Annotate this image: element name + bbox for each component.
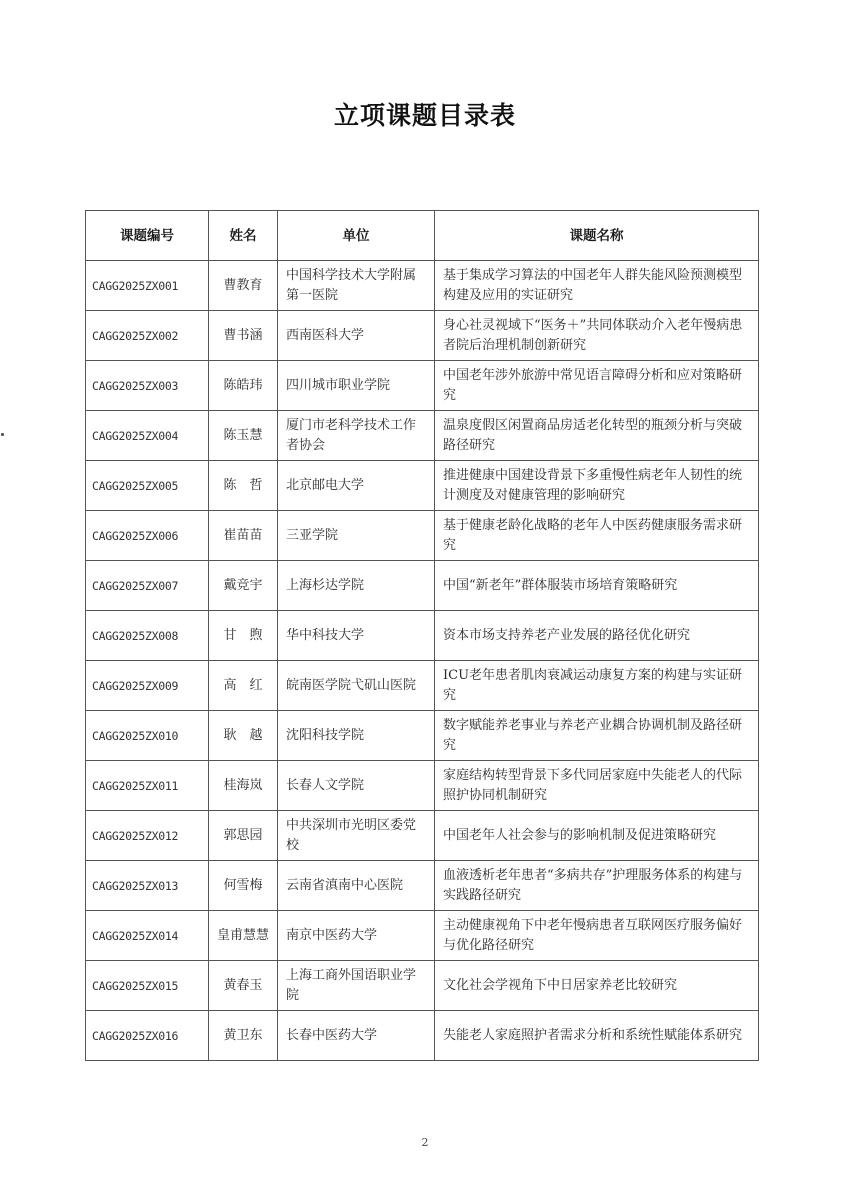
page-title: 立项课题目录表: [0, 96, 850, 132]
cell-unit: 云南省滇南中心医院: [278, 861, 435, 911]
cell-project-id: CAGG2025ZX006: [86, 511, 209, 561]
cell-topic: 中国老年人社会参与的影响机制及促进策略研究: [435, 811, 759, 861]
table-row: CAGG2025ZX007 戴竞宇 上海杉达学院 中国“新老年”群体服装市场培育…: [86, 561, 759, 611]
cell-unit: 南京中医药大学: [278, 911, 435, 961]
cell-topic: 基于健康老龄化战略的老年人中医药健康服务需求研究: [435, 511, 759, 561]
table-row: CAGG2025ZX009 高 红 皖南医学院弋矶山医院 ICU老年患者肌肉衰减…: [86, 661, 759, 711]
header-name: 姓名: [209, 211, 278, 261]
cell-topic: 失能老人家庭照护者需求分析和系统性赋能体系研究: [435, 1011, 759, 1061]
cell-name: 桂海岚: [209, 761, 278, 811]
table-row: CAGG2025ZX008 甘 煦 华中科技大学 资本市场支持养老产业发展的路径…: [86, 611, 759, 661]
cell-unit: 中共深圳市光明区委党校: [278, 811, 435, 861]
cell-project-id: CAGG2025ZX001: [86, 261, 209, 311]
cell-unit: 四川城市职业学院: [278, 361, 435, 411]
cell-project-id: CAGG2025ZX008: [86, 611, 209, 661]
cell-unit: 西南医科大学: [278, 311, 435, 361]
cell-project-id: CAGG2025ZX011: [86, 761, 209, 811]
cell-topic: 主动健康视角下中老年慢病患者互联网医疗服务偏好与优化路径研究: [435, 911, 759, 961]
table-row: CAGG2025ZX015 黄春玉 上海工商外国语职业学院 文化社会学视角下中日…: [86, 961, 759, 1011]
cell-name: 甘 煦: [209, 611, 278, 661]
table-row: CAGG2025ZX005 陈 哲 北京邮电大学 推进健康中国建设背景下多重慢性…: [86, 461, 759, 511]
cell-unit: 华中科技大学: [278, 611, 435, 661]
project-catalog-table-container: 课题编号 姓名 单位 课题名称 CAGG2025ZX001 曹教育 中国科学技术…: [85, 210, 758, 1061]
header-project-id: 课题编号: [86, 211, 209, 261]
table-row: CAGG2025ZX011 桂海岚 长春人文学院 家庭结构转型背景下多代同居家庭…: [86, 761, 759, 811]
cell-topic: 身心社灵视域下“医务＋”共同体联动介入老年慢病患者院后治理机制创新研究: [435, 311, 759, 361]
table-row: CAGG2025ZX003 陈皓玮 四川城市职业学院 中国老年涉外旅游中常见语言…: [86, 361, 759, 411]
cell-project-id: CAGG2025ZX014: [86, 911, 209, 961]
cell-unit: 长春人文学院: [278, 761, 435, 811]
cell-unit: 长春中医药大学: [278, 1011, 435, 1061]
cell-topic: 家庭结构转型背景下多代同居家庭中失能老人的代际照护协同机制研究: [435, 761, 759, 811]
cell-unit: 上海工商外国语职业学院: [278, 961, 435, 1011]
cell-unit: 北京邮电大学: [278, 461, 435, 511]
cell-project-id: CAGG2025ZX015: [86, 961, 209, 1011]
cell-project-id: CAGG2025ZX012: [86, 811, 209, 861]
table-row: CAGG2025ZX001 曹教育 中国科学技术大学附属第一医院 基于集成学习算…: [86, 261, 759, 311]
cell-topic: 基于集成学习算法的中国老年人群失能风险预测模型构建及应用的实证研究: [435, 261, 759, 311]
cell-name: 陈玉慧: [209, 411, 278, 461]
table-header-row: 课题编号 姓名 单位 课题名称: [86, 211, 759, 261]
table-row: CAGG2025ZX010 耿 越 沈阳科技学院 数字赋能养老事业与养老产业耦合…: [86, 711, 759, 761]
cell-project-id: CAGG2025ZX005: [86, 461, 209, 511]
table-body: CAGG2025ZX001 曹教育 中国科学技术大学附属第一医院 基于集成学习算…: [86, 261, 759, 1061]
cell-project-id: CAGG2025ZX013: [86, 861, 209, 911]
cell-unit: 皖南医学院弋矶山医院: [278, 661, 435, 711]
cell-project-id: CAGG2025ZX010: [86, 711, 209, 761]
cell-name: 崔苗苗: [209, 511, 278, 561]
cell-project-id: CAGG2025ZX007: [86, 561, 209, 611]
cell-project-id: CAGG2025ZX004: [86, 411, 209, 461]
table-row: CAGG2025ZX004 陈玉慧 厦门市老科学技术工作者协会 温泉度假区闲置商…: [86, 411, 759, 461]
cell-project-id: CAGG2025ZX016: [86, 1011, 209, 1061]
table-row: CAGG2025ZX014 皇甫慧慧 南京中医药大学 主动健康视角下中老年慢病患…: [86, 911, 759, 961]
cell-topic: 数字赋能养老事业与养老产业耦合协调机制及路径研究: [435, 711, 759, 761]
table-row: CAGG2025ZX006 崔苗苗 三亚学院 基于健康老龄化战略的老年人中医药健…: [86, 511, 759, 561]
cell-name: 皇甫慧慧: [209, 911, 278, 961]
cell-name: 黄卫东: [209, 1011, 278, 1061]
table-row: CAGG2025ZX013 何雪梅 云南省滇南中心医院 血液透析老年患者“多病共…: [86, 861, 759, 911]
cell-topic: 资本市场支持养老产业发展的路径优化研究: [435, 611, 759, 661]
cell-topic: 文化社会学视角下中日居家养老比较研究: [435, 961, 759, 1011]
cell-unit: 中国科学技术大学附属第一医院: [278, 261, 435, 311]
cell-topic: 中国“新老年”群体服装市场培育策略研究: [435, 561, 759, 611]
cell-name: 戴竞宇: [209, 561, 278, 611]
cell-project-id: CAGG2025ZX009: [86, 661, 209, 711]
cell-name: 陈皓玮: [209, 361, 278, 411]
cell-unit: 厦门市老科学技术工作者协会: [278, 411, 435, 461]
cell-name: 高 红: [209, 661, 278, 711]
cell-name: 黄春玉: [209, 961, 278, 1011]
page-number: 2: [0, 1136, 850, 1149]
table-row: CAGG2025ZX016 黄卫东 长春中医药大学 失能老人家庭照护者需求分析和…: [86, 1011, 759, 1061]
cell-name: 郭思园: [209, 811, 278, 861]
cell-unit: 三亚学院: [278, 511, 435, 561]
header-unit: 单位: [278, 211, 435, 261]
cell-topic: 温泉度假区闲置商品房适老化转型的瓶颈分析与突破路径研究: [435, 411, 759, 461]
header-topic: 课题名称: [435, 211, 759, 261]
cell-name: 曹书涵: [209, 311, 278, 361]
table-row: CAGG2025ZX012 郭思园 中共深圳市光明区委党校 中国老年人社会参与的…: [86, 811, 759, 861]
cell-topic: ICU老年患者肌肉衰减运动康复方案的构建与实证研究: [435, 661, 759, 711]
cell-topic: 推进健康中国建设背景下多重慢性病老年人韧性的统计测度及对健康管理的影响研究: [435, 461, 759, 511]
cell-name: 何雪梅: [209, 861, 278, 911]
cell-topic: 血液透析老年患者“多病共存”护理服务体系的构建与实践路径研究: [435, 861, 759, 911]
cell-project-id: CAGG2025ZX003: [86, 361, 209, 411]
cell-name: 耿 越: [209, 711, 278, 761]
cell-unit: 上海杉达学院: [278, 561, 435, 611]
cell-unit: 沈阳科技学院: [278, 711, 435, 761]
scan-mark: [1, 433, 4, 436]
table-row: CAGG2025ZX002 曹书涵 西南医科大学 身心社灵视域下“医务＋”共同体…: [86, 311, 759, 361]
cell-name: 陈 哲: [209, 461, 278, 511]
cell-name: 曹教育: [209, 261, 278, 311]
cell-topic: 中国老年涉外旅游中常见语言障碍分析和应对策略研究: [435, 361, 759, 411]
project-catalog-table: 课题编号 姓名 单位 课题名称 CAGG2025ZX001 曹教育 中国科学技术…: [85, 210, 759, 1061]
cell-project-id: CAGG2025ZX002: [86, 311, 209, 361]
